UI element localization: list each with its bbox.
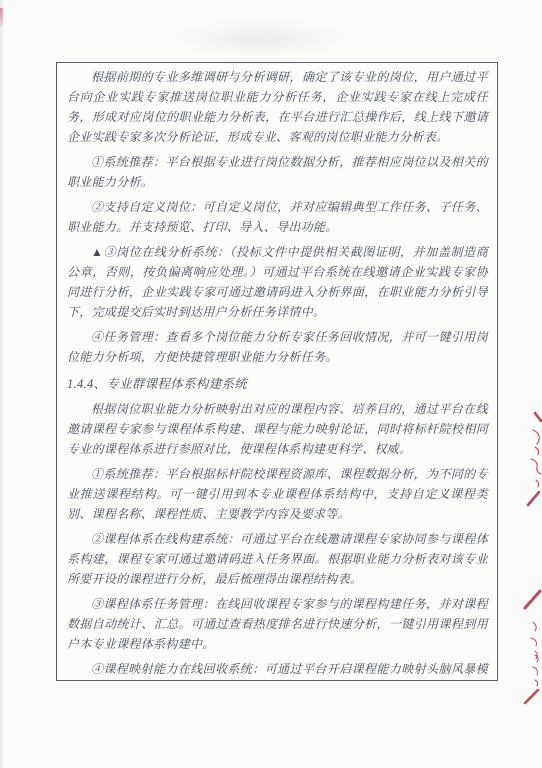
scan-edge-shadow — [0, 0, 4, 768]
paragraph: ②课程体系在线构建系统：可通过平台在线邀请课程专家协同参与课程体系构建，课程专家… — [67, 529, 488, 589]
scanned-document-page: 根据前期的专业多维调研与分析调研，确定了该专业的岗位，用户通过平台向企业实践专家… — [0, 0, 542, 768]
handwritten-red-mark — [522, 652, 542, 706]
paragraph: 根据岗位职业能力分析映射出对应的课程内容、培养目的，通过平台在线邀请课程专家参与… — [67, 399, 488, 459]
table-cell-text-block: 根据前期的专业多维调研与分析调研，确定了该专业的岗位，用户通过平台向企业实践专家… — [56, 62, 498, 681]
paragraph: ②支持自定义岗位：可自定义岗位，并对应编辑典型工作任务、子任务、职业能力。并支持… — [67, 197, 488, 237]
red-ink-edge-mark — [0, 8, 3, 26]
paragraph: ④课程映射能力在线回收系统：可通过平台开启课程能力映射头脑风暴模式，所有参加头脑… — [67, 659, 488, 681]
paragraph: ①系统推荐：平台根据标杆院校课程资源库、课程数据分析，为不同的专业推送课程结构。… — [67, 464, 488, 524]
scan-smudge — [170, 18, 350, 60]
paragraph: ①系统推荐：平台根据专业进行岗位数据分析，推荐相应岗位以及相关的职业能力分析。 — [67, 152, 488, 192]
paragraph: ④任务管理：查看多个岗位能力分析专家任务回收情况，并可一键引用岗位能力分析项，方… — [67, 327, 488, 367]
paragraph: 根据前期的专业多维调研与分析调研，确定了该专业的岗位，用户通过平台向企业实践专家… — [67, 67, 488, 147]
paragraph: ▲③岗位在线分析系统：（投标文件中提供相关截图证明，并加盖制造商公章，否则，按负… — [67, 242, 488, 322]
paragraph: ③课程体系任务管理：在线回收课程专家参与的课程构建任务，并对课程数据自动统计、汇… — [67, 594, 488, 654]
content-sections: 根据前期的专业多维调研与分析调研，确定了该专业的岗位，用户通过平台向企业实践专家… — [57, 63, 497, 681]
section-heading: 1.4.4、专业群课程体系构建系统 — [67, 374, 488, 394]
handwritten-red-mark — [524, 410, 542, 508]
